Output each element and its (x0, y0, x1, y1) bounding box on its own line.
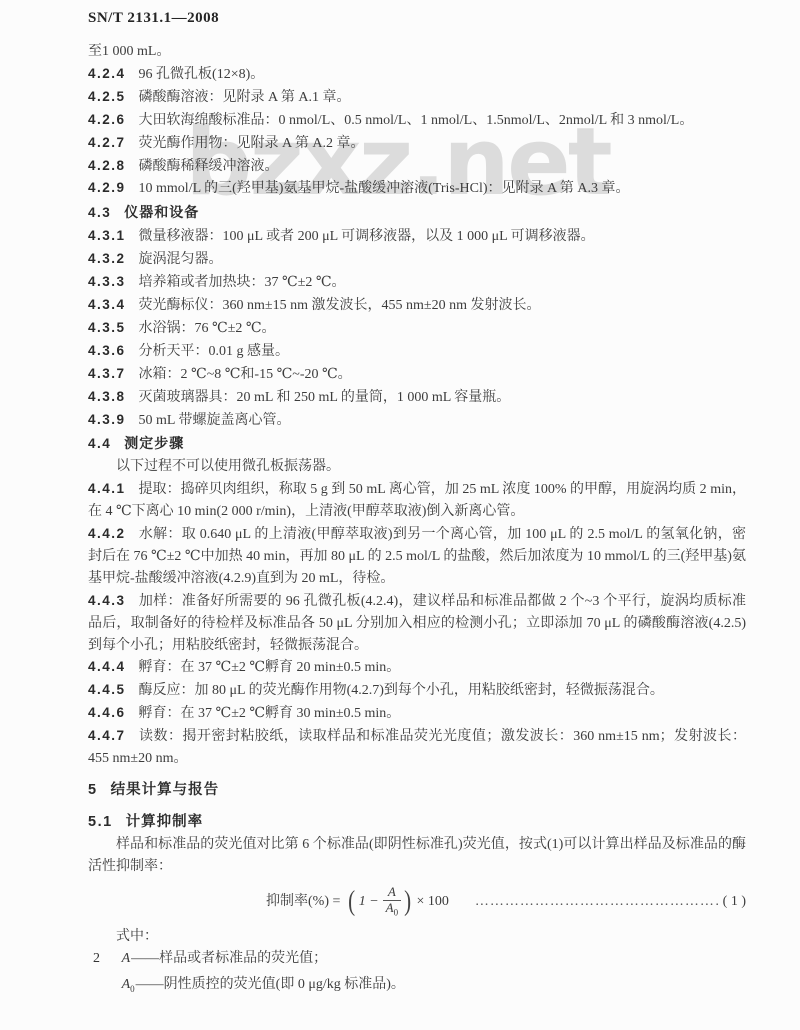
clause-text: 磷酸酶溶液：见附录 A 第 A.1 章。 (139, 90, 351, 105)
clause-text: 读数：揭开密封粘胶纸，读取样品和标准品荧光光度值；激发波长：360 nm±15 … (88, 729, 746, 766)
clause-list: 至1 000 mL。4.2.496 孔微孔板(12×8)。4.2.5磷酸酶溶液：… (88, 41, 746, 878)
clause-text: 孵育：在 37 ℃±2 ℃孵育 20 min±0.5 min。 (139, 660, 401, 675)
fraction: A A0 (383, 885, 401, 918)
clause-number: 4.3.7 (88, 366, 126, 381)
clause-number: 4.4.2 (88, 526, 126, 541)
clause-4-3-6: 4.3.6分析天平：0.01 g 感量。 (88, 340, 746, 363)
denominator-base: A (386, 900, 394, 915)
clause-number: 5.1 (88, 814, 113, 830)
clause-text: 测定步骤 (124, 435, 184, 451)
clause-text: 分析天平：0.01 g 感量。 (139, 344, 290, 359)
clause-number: 4.3.2 (88, 251, 126, 266)
clause-4-3-1: 4.3.1微量移液器：100 μL 或者 200 μL 可调移液器，以及 1 0… (88, 225, 746, 248)
equation-number: ( 1 ) (723, 891, 746, 913)
clause-text: 灭菌玻璃器具：20 mL 和 250 mL 的量筒，1 000 mL 容量瓶。 (139, 390, 511, 405)
heading-5: 5结果计算与报告 (88, 780, 746, 802)
clause-4-3-3: 4.3.3培养箱或者加热块：37 ℃±2 ℃。 (88, 271, 746, 294)
clause-4-3-8: 4.3.8灭菌玻璃器具：20 mL 和 250 mL 的量筒，1 000 mL … (88, 386, 746, 409)
clause-number: 4.2.4 (88, 66, 126, 81)
clause-number: 4.3.3 (88, 274, 126, 289)
clause-text: 磷酸酶稀释缓冲溶液。 (139, 159, 279, 174)
clause-text: 酶反应：加 80 μL 的荧光酶作用物(4.2.7)到每个小孔，用粘胶纸密封，轻… (139, 683, 664, 698)
clause-text: 大田软海绵酸标准品：0 nmol/L、0.5 nmol/L、1 nmol/L、1… (139, 113, 694, 128)
clause-4-2-7: 4.2.7荧光酶作用物：见附录 A 第 A.2 章。 (88, 132, 746, 155)
clause-text: 孵育：在 37 ℃±2 ℃孵育 30 min±0.5 min。 (139, 706, 401, 721)
clause-number: 4.3 (88, 205, 111, 220)
clause-4-2-6: 4.2.6大田软海绵酸标准品：0 nmol/L、0.5 nmol/L、1 nmo… (88, 109, 746, 132)
clause-number: 4.4.1 (88, 481, 126, 496)
clause-4-4-2: 4.4.2水解：取 0.640 μL 的上清液(甲醇萃取液)到另一个离心管，加 … (88, 523, 746, 590)
definition-A0: A0——阴性质控的荧光值(即 0 μg/kg 标准品)。 (88, 974, 746, 1001)
clause-text: 加样：准备好所需要的 96 孔微孔板(4.2.4)，建议样品和标准品都做 2 个… (88, 594, 746, 653)
clause-4-4-7: 4.4.7读数：揭开密封粘胶纸，读取样品和标准品荧光光度值；激发波长：360 n… (88, 725, 746, 770)
definition-dash: —— (136, 977, 164, 992)
clause-text: 10 mmol/L 的三(羟甲基)氨基甲烷-盐酸缓冲溶液(Tris-HCl)：见… (139, 181, 630, 196)
clause-text: 计算抑制率 (126, 814, 204, 830)
clause-number: 4.2.9 (88, 180, 126, 195)
symbol-A-base: A (122, 951, 131, 966)
clause-number: 4.4.3 (88, 593, 126, 608)
clause-4-2-5: 4.2.5磷酸酶溶液：见附录 A 第 A.1 章。 (88, 86, 746, 109)
document-body: 至1 000 mL。4.2.496 孔微孔板(12×8)。4.2.5磷酸酶溶液：… (88, 41, 746, 1001)
dotted-leader: ……………………………………………………………… (475, 891, 719, 913)
clause-text: 结果计算与报告 (111, 782, 220, 798)
clause-number: 4.3.8 (88, 389, 126, 404)
heading-4-3: 4.3仪器和设备 (88, 202, 746, 225)
clause-number: 4.4.4 (88, 659, 126, 674)
clause-4-4-5: 4.4.5酶反应：加 80 μL 的荧光酶作用物(4.2.7)到每个小孔，用粘胶… (88, 679, 746, 702)
paragraph: 以下过程不可以使用微孔板振荡器。 (88, 456, 746, 478)
paragraph: 至1 000 mL。 (88, 41, 746, 63)
clause-number: 4.3.5 (88, 320, 126, 335)
clause-number: 4.4.7 (88, 728, 126, 743)
definition-A: A——样品或者标准品的荧光值； (88, 948, 746, 975)
clause-text: 旋涡混匀器。 (139, 252, 223, 267)
clause-number: 4.3.6 (88, 343, 126, 358)
equation-1: 抑制率(%) = ( 1 − A A0 ) × 100 ………………………………… (88, 882, 746, 922)
clause-text: 提取：捣碎贝肉组织，称取 5 g 到 50 mL 离心管，加 25 mL 浓度 … (88, 482, 746, 519)
definition-dash: —— (131, 951, 159, 966)
clause-4-4-4: 4.4.4孵育：在 37 ℃±2 ℃孵育 20 min±0.5 min。 (88, 656, 746, 679)
symbol-A0: A0 (122, 977, 135, 992)
clause-text: 仪器和设备 (124, 204, 199, 220)
clause-text: 荧光酶标仪：360 nm±15 nm 激发波长，455 nm±20 nm 发射波… (139, 298, 541, 313)
clause-4-3-5: 4.3.5水浴锅：76 ℃±2 ℃。 (88, 317, 746, 340)
clause-4-3-4: 4.3.4荧光酶标仪：360 nm±15 nm 激发波长，455 nm±20 n… (88, 294, 746, 317)
standard-number-header: SN/T 2131.1—2008 (88, 10, 219, 27)
equation-pre-term: 1 − (359, 891, 379, 913)
clause-text: 微量移液器：100 μL 或者 200 μL 可调移液器，以及 1 000 μL… (139, 229, 595, 244)
clause-4-2-8: 4.2.8磷酸酶稀释缓冲溶液。 (88, 155, 746, 178)
clause-number: 4.3.9 (88, 412, 126, 427)
clause-4-4-3: 4.4.3加样：准备好所需要的 96 孔微孔板(4.2.4)，建议样品和标准品都… (88, 590, 746, 657)
document-page: SN/T 2131.1—2008 bzxz.net 至1 000 mL。4.2.… (0, 0, 800, 1030)
fraction-denominator: A0 (383, 900, 401, 918)
close-paren: ) (404, 888, 411, 916)
clause-text: 冰箱：2 ℃~8 ℃和-15 ℃~-20 ℃。 (139, 367, 352, 382)
clause-number: 4.4 (88, 436, 111, 451)
denominator-subscript: 0 (394, 908, 399, 918)
clause-4-4-1: 4.4.1提取：捣碎贝肉组织，称取 5 g 到 50 mL 离心管，加 25 m… (88, 478, 746, 523)
definition-text: 阴性质控的荧光值(即 0 μg/kg 标准品)。 (164, 977, 405, 992)
clause-4-3-7: 4.3.7冰箱：2 ℃~8 ℃和-15 ℃~-20 ℃。 (88, 363, 746, 386)
clause-number: 4.2.8 (88, 158, 126, 173)
paragraph: 样品和标准品的荧光值对比第 6 个标准品(即阴性标准孔)荧光值，按式(1)可以计… (88, 834, 746, 878)
symbol-A0-base: A (122, 977, 131, 992)
clause-4-3-9: 4.3.950 mL 带螺旋盖离心管。 (88, 409, 746, 432)
equation-lhs: 抑制率(%) = (266, 891, 340, 913)
clause-text: 培养箱或者加热块：37 ℃±2 ℃。 (139, 275, 346, 290)
clause-number: 4.3.4 (88, 297, 126, 312)
clause-4-3-2: 4.3.2旋涡混匀器。 (88, 248, 746, 271)
open-paren: ( (349, 888, 356, 916)
clause-text: 96 孔微孔板(12×8)。 (139, 67, 265, 82)
clause-4-4-6: 4.4.6孵育：在 37 ℃±2 ℃孵育 30 min±0.5 min。 (88, 702, 746, 725)
clause-number: 4.2.7 (88, 135, 126, 150)
heading-4-4: 4.4测定步骤 (88, 433, 746, 456)
clause-4-2-4: 4.2.496 孔微孔板(12×8)。 (88, 63, 746, 86)
definition-text: 样品或者标准品的荧光值； (159, 951, 327, 966)
clause-number: 5 (88, 782, 98, 798)
clause-4-2-9: 4.2.910 mmol/L 的三(羟甲基)氨基甲烷-盐酸缓冲溶液(Tris-H… (88, 177, 746, 200)
clause-number: 4.4.6 (88, 705, 126, 720)
fraction-numerator: A (388, 885, 396, 900)
clause-text: 50 mL 带螺旋盖离心管。 (139, 413, 291, 428)
clause-number: 4.2.5 (88, 89, 126, 104)
clause-text: 水解：取 0.640 μL 的上清液(甲醇萃取液)到另一个离心管，加 100 μ… (88, 527, 746, 586)
heading-5-1: 5.1计算抑制率 (88, 812, 746, 834)
clause-number: 4.2.6 (88, 112, 126, 127)
page-number: 2 (93, 951, 100, 967)
symbol-A0-sub: 0 (130, 984, 135, 994)
clause-text: 荧光酶作用物：见附录 A 第 A.2 章。 (139, 136, 365, 151)
clause-number: 4.3.1 (88, 228, 126, 243)
clause-number: 4.4.5 (88, 682, 126, 697)
where-label: 式中： (88, 926, 746, 948)
equation-post-term: × 100 (416, 891, 448, 913)
symbol-A: A (122, 951, 131, 966)
clause-text: 水浴锅：76 ℃±2 ℃。 (139, 321, 276, 336)
